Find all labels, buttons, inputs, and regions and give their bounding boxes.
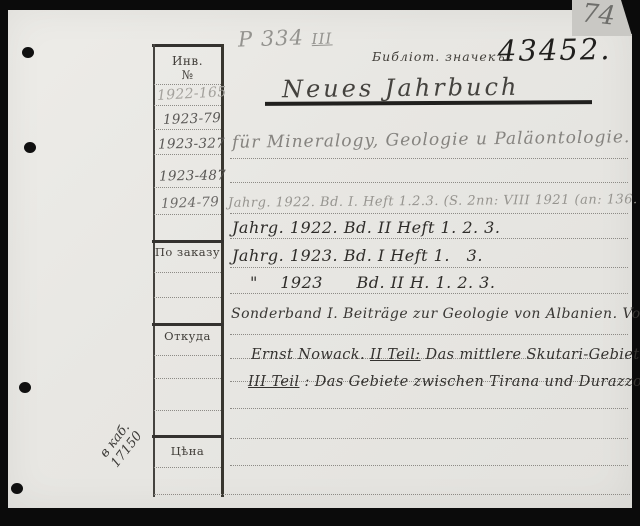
- entry-line: Sonderband I. Beiträge zur Geologie von …: [231, 306, 640, 322]
- table-row-line: [154, 154, 221, 155]
- table-row-line: [154, 378, 221, 379]
- table-row-line: [154, 272, 221, 273]
- table-row-line: [154, 105, 221, 106]
- ruled-line: [230, 267, 628, 268]
- table-section-border: [152, 323, 224, 326]
- ruled-line: [230, 182, 628, 183]
- stamp-number: 43452.: [498, 32, 612, 68]
- inventory-entry: 1924-79: [161, 194, 220, 212]
- table-row-line: [154, 410, 221, 411]
- ruled-line: [230, 465, 628, 466]
- journal-title: Neues Jahrbuch: [282, 73, 520, 103]
- table-row-line: [154, 84, 221, 85]
- ruled-line: [230, 213, 628, 214]
- ruled-line: [230, 408, 628, 409]
- call-mark: P 334 III: [238, 24, 333, 51]
- inventory-entry: 1923-79: [163, 110, 222, 128]
- table-left-border: [153, 44, 155, 497]
- ruled-line: [230, 238, 628, 239]
- entry-line: Jahrg. 1922. Bd. II Heft 1. 2. 3.: [232, 218, 500, 237]
- call-mark-number: P 334: [238, 25, 305, 51]
- inventory-header-no: №: [154, 68, 221, 82]
- punch-hole: [11, 483, 23, 494]
- table-row-line: [154, 355, 221, 356]
- punch-hole: [22, 47, 34, 58]
- table-row-line: [154, 214, 221, 215]
- origin-header: Откуда: [154, 329, 221, 343]
- ruled-line: [230, 293, 628, 294]
- entry-line: III Teil : Das Gebiete zwischen Tirana u…: [228, 358, 640, 406]
- inventory-entry: 1923-327: [158, 135, 225, 152]
- entry-line: " 1923 Bd. II H. 1. 2. 3.: [250, 273, 495, 292]
- bottom-rule: [154, 494, 630, 495]
- table-section-border: [152, 435, 224, 438]
- entry-line: Jahrg. 1923. Bd. I Heft 1. 3.: [232, 246, 483, 265]
- inventory-entry: 1923-487: [159, 167, 226, 184]
- call-mark-roman: III: [311, 29, 332, 48]
- table-top-border: [152, 44, 224, 47]
- table-row-line: [154, 467, 221, 468]
- punch-hole: [19, 382, 31, 393]
- inventory-header: Инв.: [154, 54, 221, 68]
- table-row-line: [154, 297, 221, 298]
- price-header: Цѣна: [154, 444, 221, 458]
- ruled-line: [230, 438, 628, 439]
- table-section-border: [152, 240, 224, 243]
- table-row-line: [154, 187, 221, 188]
- order-header: По заказу: [154, 245, 221, 259]
- entry-line-part-underlined: III Teil: [248, 374, 299, 390]
- table-row-line: [154, 129, 221, 130]
- table-right-border: [221, 44, 224, 497]
- punch-hole: [24, 142, 36, 153]
- entry-line-part: : Das Gebiete zwischen Tirana und Durazz…: [299, 374, 640, 390]
- scanned-library-card: 74 P 334 III Библіот. значекъ. 43452. Ne…: [0, 0, 640, 526]
- ruled-line: [230, 158, 628, 159]
- stamp-label: Библіот. значекъ.: [372, 49, 511, 64]
- page-number: 74: [581, 0, 617, 32]
